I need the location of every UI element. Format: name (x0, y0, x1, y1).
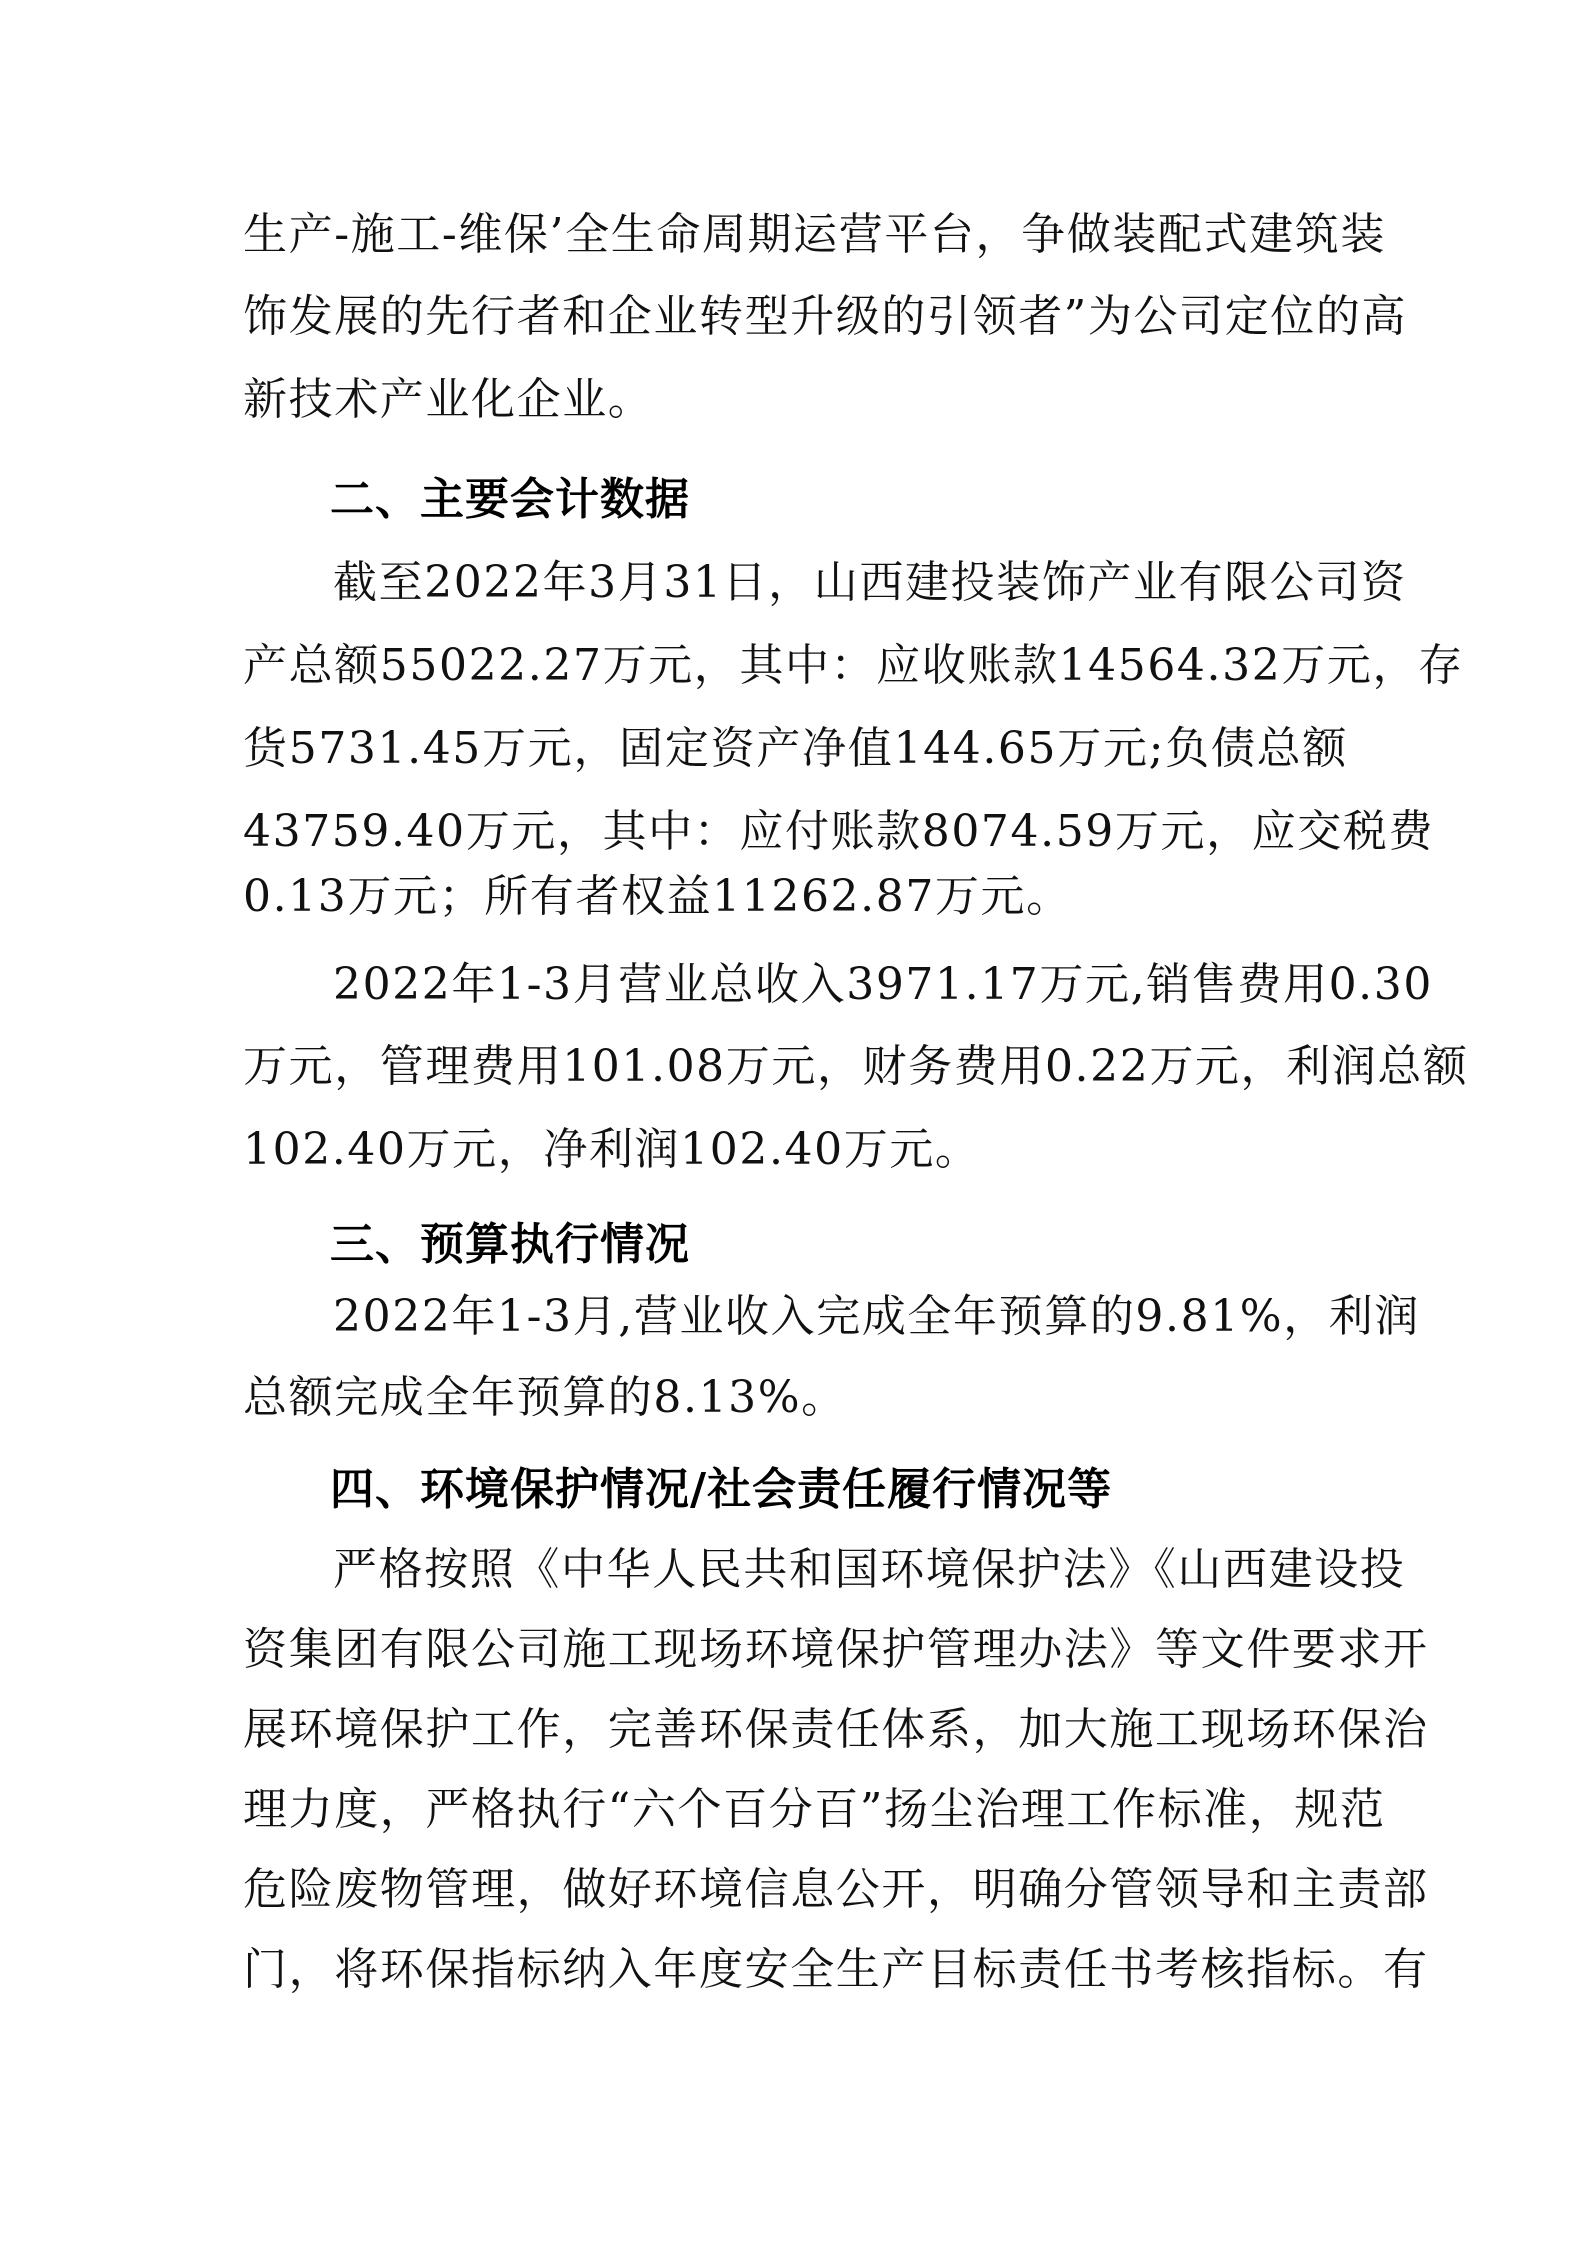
body-line: 产总额55022.27万元，其中：应收账款14564.32万元，存 (243, 636, 1348, 696)
body-line: 43759.40万元，其中：应付账款8074.59万元，应交税费 (243, 802, 1348, 862)
body-line: 资集团有限公司施工现场环境保护管理办法》等文件要求开 (243, 1620, 1348, 1680)
body-line: 2022年1-3月,营业收入完成全年预算的9.81%，利润 (333, 1287, 1348, 1347)
body-line: 新技术产业化企业。 (243, 370, 1348, 430)
body-line: 生产-施工-维保’全生命周期运营平台，争做装配式建筑装 (243, 205, 1348, 265)
body-line: 2022年1-3月营业总收入3971.17万元,销售费用0.30 (333, 955, 1348, 1015)
body-line: 理力度，严格执行“六个百分百”扬尘治理工作标准，规范 (243, 1780, 1348, 1840)
body-line: 门，将环保指标纳入年度安全生产目标责任书考核指标。有 (243, 1940, 1348, 2000)
section-heading-environment-social: 四、环境保护情况/社会责任履行情况等 (330, 1460, 1112, 1520)
body-line: 危险废物管理，做好环境信息公开，明确分管领导和主责部 (243, 1860, 1348, 1920)
body-line: 万元，管理费用101.08万元，财务费用0.22万元，利润总额 (243, 1037, 1348, 1097)
body-line: 截至2022年3月31日，山西建投装饰产业有限公司资 (333, 553, 1348, 613)
body-line: 总额完成全年预算的8.13%。 (243, 1368, 1348, 1428)
document-page: 生产-施工-维保’全生命周期运营平台，争做装配式建筑装 饰发展的先行者和企业转型… (0, 0, 1587, 2245)
body-line: 严格按照《中华人民共和国环境保护法》《山西建设投 (333, 1540, 1348, 1600)
body-line: 102.40万元，净利润102.40万元。 (243, 1120, 1348, 1180)
body-line: 货5731.45万元，固定资产净值144.65万元;负债总额 (243, 719, 1348, 779)
body-line: 0.13万元；所有者权益11262.87万元。 (243, 867, 1348, 927)
section-heading-accounting-data: 二、主要会计数据 (330, 470, 690, 530)
section-heading-budget-execution: 三、预算执行情况 (330, 1215, 690, 1275)
body-line: 展环境保护工作，完善环保责任体系，加大施工现场环保治 (243, 1700, 1348, 1760)
body-line: 饰发展的先行者和企业转型升级的引领者”为公司定位的高 (243, 287, 1348, 347)
